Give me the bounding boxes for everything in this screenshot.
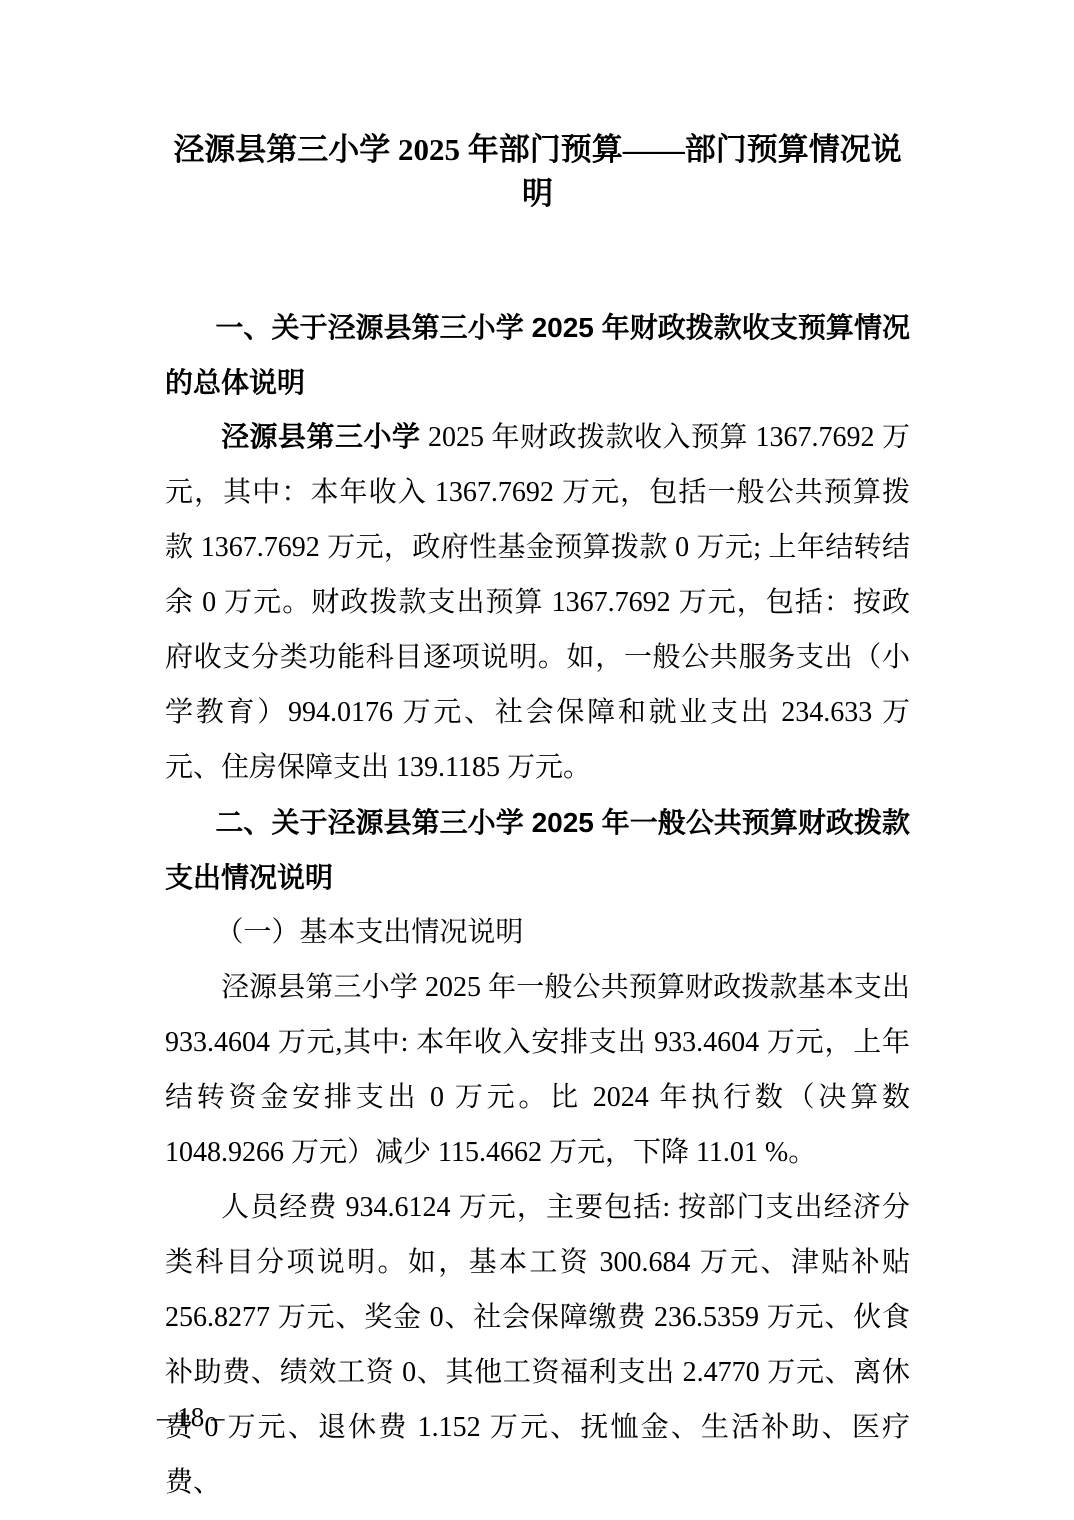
section-2-paragraph-basic-expenditure: 泾源县第三小学 2025 年一般公共预算财政拨款基本支出 933.4604 万元… (165, 960, 910, 1180)
section-2-subheading: （一）基本支出情况说明 (165, 905, 910, 960)
school-name-bold-lead: 泾源县第三小学 (221, 422, 421, 453)
page-number: – 18 – (157, 1400, 225, 1435)
section-2-heading: 二、关于泾源县第三小学 2025 年一般公共预算财政拨款支出情况说明 (165, 795, 910, 905)
section-1-paragraph-text: 2025 年财政拨款收入预算 1367.7692 万元，其中：本年收入 1367… (165, 422, 910, 783)
section-1-heading: 一、关于泾源县第三小学 2025 年财政拨款收支预算情况的总体说明 (165, 300, 910, 410)
section-1-paragraph: 泾源县第三小学 2025 年财政拨款收入预算 1367.7692 万元，其中：本… (165, 410, 910, 795)
document-title: 泾源县第三小学 2025 年部门预算——部门预算情况说明 (165, 128, 910, 216)
section-2-paragraph-personnel-funds: 人员经费 934.6124 万元，主要包括: 按部门支出经济分类科目分项说明。如… (165, 1180, 910, 1510)
document-page: 泾源县第三小学 2025 年部门预算——部门预算情况说明 一、关于泾源县第三小学… (0, 0, 1074, 1520)
document-body: 一、关于泾源县第三小学 2025 年财政拨款收支预算情况的总体说明 泾源县第三小… (165, 300, 910, 1510)
